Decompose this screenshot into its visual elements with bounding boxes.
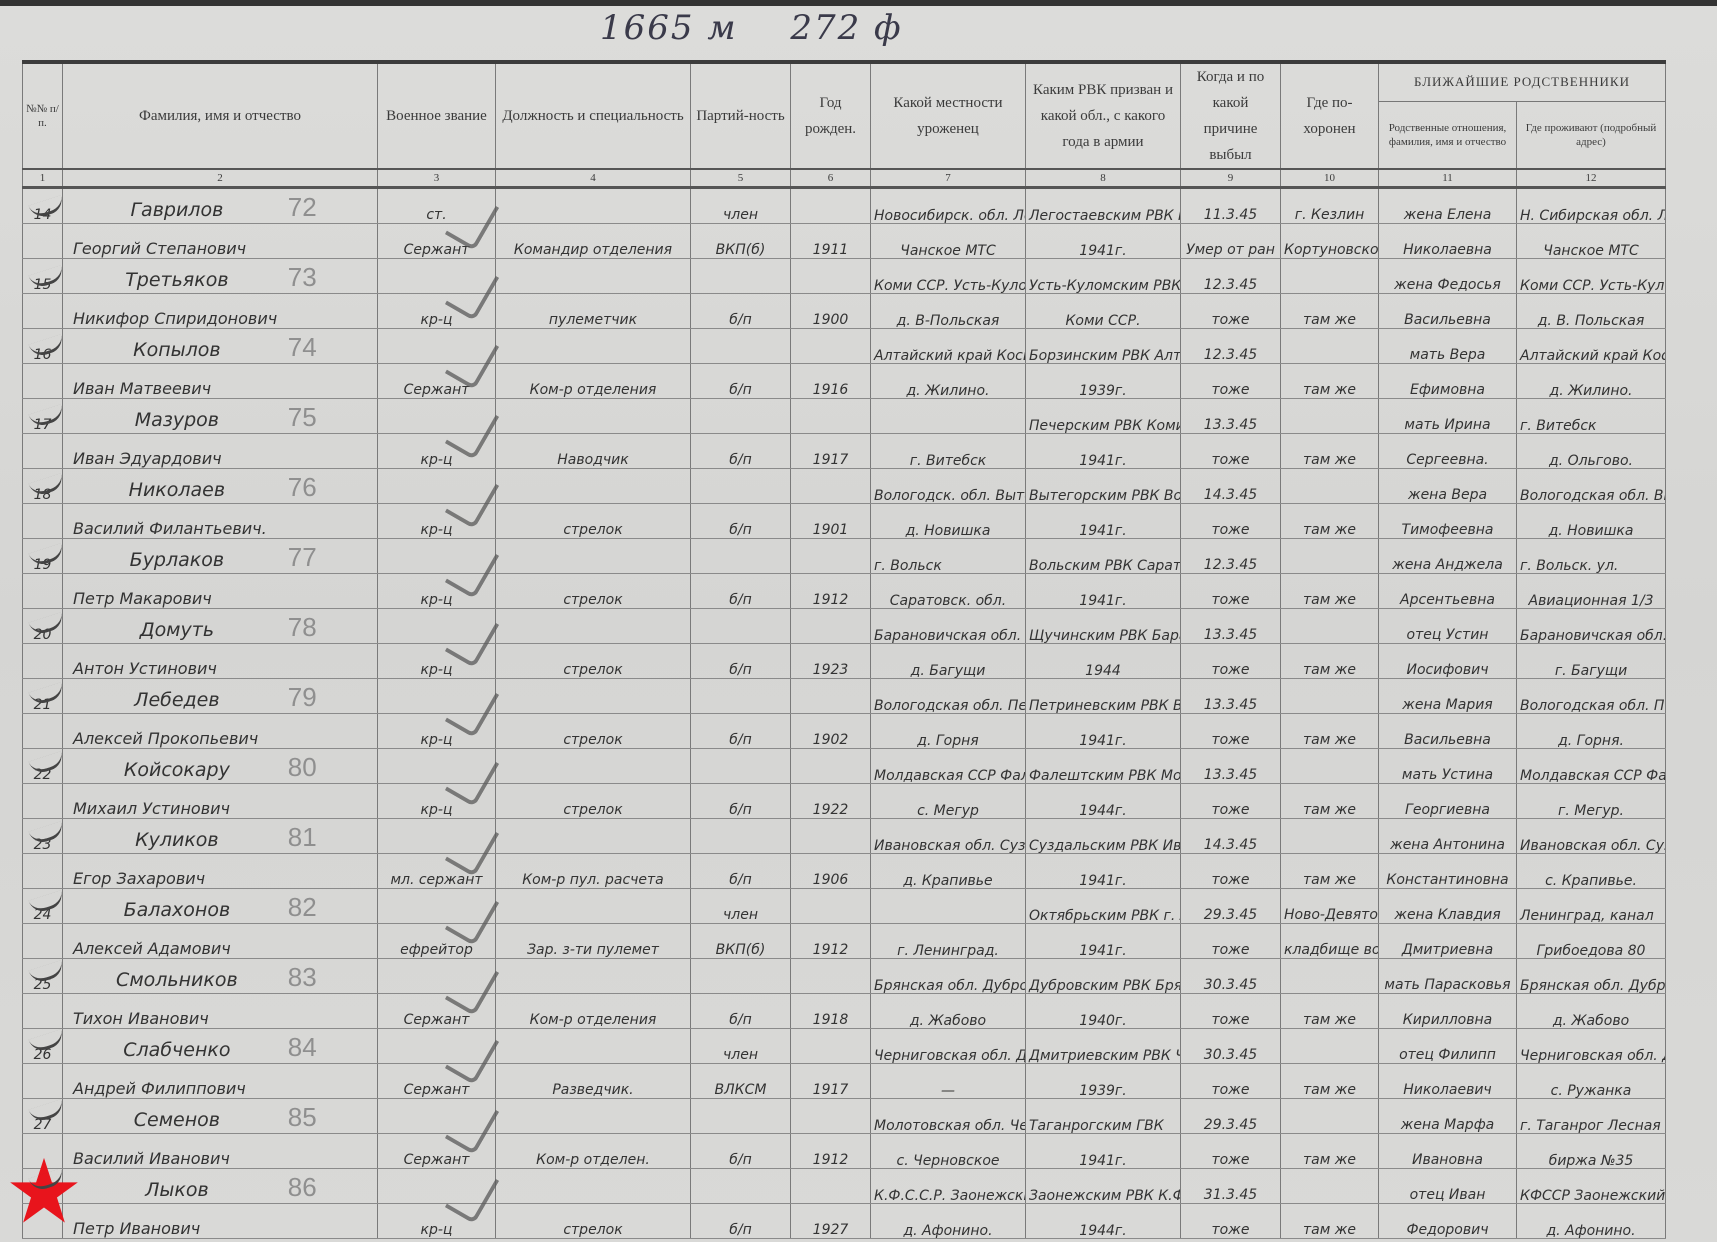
col-header-4: Должность и специальность: [496, 62, 691, 169]
surname-cell: Куликов81: [63, 819, 378, 854]
surname-cell: Бурлаков77: [63, 539, 378, 574]
conscription-year: 1944г.: [1026, 784, 1181, 819]
birth-year-blank: [791, 1099, 871, 1134]
table-row: 16Копылов74Алтайский край Косихинский р-…: [23, 329, 1666, 364]
address-line-2: Авиационная 1/3: [1517, 574, 1666, 609]
given-names: Тихон Иванович: [63, 994, 378, 1029]
origin-line-1: Алтайский край Косихинский р-н: [871, 329, 1026, 364]
dropout-reason: тоже: [1181, 294, 1281, 329]
party-line-1: член: [691, 188, 791, 224]
party-line-1: [691, 539, 791, 574]
origin-line-1: Вологодская обл. Петриневский р-н: [871, 679, 1026, 714]
col-header-1: №№ п/п.: [23, 62, 63, 169]
col-number-10: 10: [1281, 169, 1379, 188]
burial-line-1: [1281, 259, 1379, 294]
address-line-1: Коми ССР. Усть-Куломский р-н: [1517, 259, 1666, 294]
conscription-year: 1941г.: [1026, 854, 1181, 889]
table-row: 22Койсокару80Молдавская ССР Фалештский р…: [23, 749, 1666, 784]
party: ВКП(б): [691, 924, 791, 959]
origin-line-1: г. Вольск: [871, 539, 1026, 574]
relative-line-2: Васильевна: [1379, 294, 1517, 329]
row-blank: [23, 784, 63, 819]
document-sheet: 1665 м 272 ф №№ п/п. Фамилия, имя и отче…: [0, 0, 1717, 1242]
surname-cell: Домуть78: [63, 609, 378, 644]
given-names: Василий Филантьевич.: [63, 504, 378, 539]
surname-cell: Николаев76: [63, 469, 378, 504]
sequence-number: 74: [288, 332, 317, 362]
sequence-number: 73: [288, 262, 317, 292]
party-line-1: [691, 609, 791, 644]
table-row: 20Домуть78Барановичская обл. Щучинский р…: [23, 609, 1666, 644]
address-line-1: Барановичская обл. Щучинский р-н: [1517, 609, 1666, 644]
dropout-reason: тоже: [1181, 1204, 1281, 1239]
sequence-number: 75: [288, 402, 317, 432]
position-blank: [496, 959, 691, 994]
row-blank: [23, 714, 63, 749]
position-blank: [496, 1029, 691, 1064]
col-header-7: Какой местности уроженец: [871, 62, 1026, 169]
address-line-2: д. Новишка: [1517, 504, 1666, 539]
table-row: 19Бурлаков77г. ВольскВольским РВК Сарато…: [23, 539, 1666, 574]
table-row: Василий Филантьевич.кр-цстрелокб/п1901д.…: [23, 504, 1666, 539]
table-row: Георгий СтепановичСержантКомандир отделе…: [23, 224, 1666, 259]
given-names: Петр Иванович: [63, 1204, 378, 1239]
casualty-register-table: №№ п/п. Фамилия, имя и отчество Военное …: [22, 60, 1666, 1239]
address-line-1: Н. Сибирская обл. Легостаевский р-н: [1517, 188, 1666, 224]
party: б/п: [691, 854, 791, 889]
given-names: Андрей Филиппович: [63, 1064, 378, 1099]
origin-line-2: д. Крапивье: [871, 854, 1026, 889]
col-header-3: Военное звание: [378, 62, 496, 169]
dropout-date: 13.3.45: [1181, 609, 1281, 644]
party-line-1: [691, 819, 791, 854]
dropout-reason: тоже: [1181, 1064, 1281, 1099]
burial-place: там же: [1281, 574, 1379, 609]
birth-year: 1917: [791, 434, 871, 469]
row-blank: [23, 924, 63, 959]
relative-line-2: Тимофеевна: [1379, 504, 1517, 539]
dropout-date: 14.3.45: [1181, 819, 1281, 854]
relative-line-2: Дмитриевна: [1379, 924, 1517, 959]
position: Ком-р отделения: [496, 364, 691, 399]
row-blank: [23, 224, 63, 259]
rvk-line-1: Щучинским РВК Барановичск. обл.: [1026, 609, 1181, 644]
birth-year-blank: [791, 469, 871, 504]
table-row: Иван МатвеевичСержантКом-р отделенияб/п1…: [23, 364, 1666, 399]
column-number-row: 123456789101112: [23, 169, 1666, 188]
birth-year: 1923: [791, 644, 871, 679]
table-row: Михаил Устиновичкр-цстрелокб/п1922с. Мег…: [23, 784, 1666, 819]
dropout-date: 29.3.45: [1181, 1099, 1281, 1134]
dropout-reason: тоже: [1181, 1134, 1281, 1169]
origin-line-1: Молдавская ССР Фалештский р-н: [871, 749, 1026, 784]
burial-place: там же: [1281, 364, 1379, 399]
surname-cell: Гаврилов72: [63, 188, 378, 224]
party: б/п: [691, 434, 791, 469]
relative-line-1: отец Филипп: [1379, 1029, 1517, 1064]
rvk-line-1: Суздальским РВК Ивановской обл.: [1026, 819, 1181, 854]
address-line-2: д. Жилино.: [1517, 364, 1666, 399]
origin-line-1: Барановичская обл. Щучинский р-н: [871, 609, 1026, 644]
col-number-9: 9: [1181, 169, 1281, 188]
address-line-2: д. Горня.: [1517, 714, 1666, 749]
col-number-3: 3: [378, 169, 496, 188]
col-number-4: 4: [496, 169, 691, 188]
relative-line-2: Николаевич: [1379, 1064, 1517, 1099]
position-blank: [496, 469, 691, 504]
surname: Николаев: [66, 479, 288, 501]
birth-year-blank: [791, 259, 871, 294]
origin-line-2: Саратовск. обл.: [871, 574, 1026, 609]
burial-line-1: [1281, 959, 1379, 994]
birth-year-blank: [791, 609, 871, 644]
position: пулеметчик: [496, 294, 691, 329]
rvk-line-1: Вольским РВК Саратовской обл.: [1026, 539, 1181, 574]
relative-line-1: жена Анджела: [1379, 539, 1517, 574]
surname: Бурлаков: [66, 549, 288, 571]
party-line-1: [691, 469, 791, 504]
burial-place: там же: [1281, 1064, 1379, 1099]
col-header-8: Каким РВК призван и какой обл., с какого…: [1026, 62, 1181, 169]
dropout-reason: тоже: [1181, 854, 1281, 889]
conscription-year: 1941г.: [1026, 714, 1181, 749]
party-line-1: [691, 1169, 791, 1204]
given-names: Иван Эдуардович: [63, 434, 378, 469]
relative-line-2: Георгиевна: [1379, 784, 1517, 819]
address-line-2: г. Багущи: [1517, 644, 1666, 679]
rvk-line-1: Борзинским РВК Алтайского края: [1026, 329, 1181, 364]
conscription-year: 1944г.: [1026, 1204, 1181, 1239]
address-line-1: Вологодская обл. Петриневский р-н: [1517, 679, 1666, 714]
position: Ком-р отделен.: [496, 1134, 691, 1169]
birth-year-blank: [791, 1169, 871, 1204]
dropout-reason: тоже: [1181, 924, 1281, 959]
relative-line-1: отец Иван: [1379, 1169, 1517, 1204]
row-blank: [23, 1064, 63, 1099]
party-line-1: член: [691, 889, 791, 924]
relative-line-2: Федорович: [1379, 1204, 1517, 1239]
table-row: Егор Захаровичмл. сержантКом-р пул. расч…: [23, 854, 1666, 889]
sequence-number: 78: [288, 612, 317, 642]
address-line-2: д. Жабово: [1517, 994, 1666, 1029]
party-line-1: [691, 679, 791, 714]
address-line-1: г. Вольск. ул.: [1517, 539, 1666, 574]
rvk-line-1: Дмитриевским РВК Черниговской обл.: [1026, 1029, 1181, 1064]
relative-line-1: жена Клавдия: [1379, 889, 1517, 924]
relative-line-1: мать Ирина: [1379, 399, 1517, 434]
origin-line-2: д. Афонино.: [871, 1204, 1026, 1239]
sequence-number: 76: [288, 472, 317, 502]
surname-cell: Балахонов82: [63, 889, 378, 924]
birth-year: 1901: [791, 504, 871, 539]
origin-line-2: г. Ленинград.: [871, 924, 1026, 959]
relative-line-1: мать Устина: [1379, 749, 1517, 784]
origin-line-2: д. Жилино.: [871, 364, 1026, 399]
address-line-1: Брянская обл. Дубровский р-н: [1517, 959, 1666, 994]
surname: Домуть: [66, 619, 288, 641]
given-names: Егор Захарович: [63, 854, 378, 889]
conscription-year: 1941г.: [1026, 574, 1181, 609]
given-names: Георгий Степанович: [63, 224, 378, 259]
address-line-2: Чанское МТС: [1517, 224, 1666, 259]
burial-line-1: [1281, 1029, 1379, 1064]
conscription-year: 1944: [1026, 644, 1181, 679]
address-line-2: д. В. Польская: [1517, 294, 1666, 329]
burial-line-1: [1281, 749, 1379, 784]
address-line-2: с. Ружанка: [1517, 1064, 1666, 1099]
birth-year: 1916: [791, 364, 871, 399]
party: б/п: [691, 714, 791, 749]
table-row: Иван Эдуардовичкр-цНаводчикб/п1917г. Вит…: [23, 434, 1666, 469]
dropout-reason: тоже: [1181, 364, 1281, 399]
position: стрелок: [496, 644, 691, 679]
birth-year-blank: [791, 749, 871, 784]
party-line-1: [691, 1099, 791, 1134]
rvk-line-1: Усть-Куломским РВК: [1026, 259, 1181, 294]
table-row: 26Слабченко84членЧерниговская обл. Дмитр…: [23, 1029, 1666, 1064]
position-blank: [496, 188, 691, 224]
birth-year: 1912: [791, 1134, 871, 1169]
origin-line-2: с. Черновское: [871, 1134, 1026, 1169]
burial-place: там же: [1281, 714, 1379, 749]
origin-line-1: Вологодск. обл. Вытегорский р-н: [871, 469, 1026, 504]
conscription-year: 1940г.: [1026, 994, 1181, 1029]
table-row: Петр Ивановичкр-цстрелокб/п1927д. Афонин…: [23, 1204, 1666, 1239]
relative-line-1: жена Антонина: [1379, 819, 1517, 854]
conscription-year: 1941г.: [1026, 224, 1181, 259]
surname: Третьяков: [66, 269, 288, 291]
table-row: 18Николаев76Вологодск. обл. Вытегорский …: [23, 469, 1666, 504]
birth-year-blank: [791, 889, 871, 924]
col-number-7: 7: [871, 169, 1026, 188]
row-blank: [23, 364, 63, 399]
party: б/п: [691, 784, 791, 819]
origin-line-2: с. Мегур: [871, 784, 1026, 819]
address-line-2: г. Мегур.: [1517, 784, 1666, 819]
annotation-left: 1665 м: [600, 8, 738, 48]
origin-line-1: Ивановская обл. Суздальский р-н: [871, 819, 1026, 854]
surname-cell: Лыков86: [63, 1169, 378, 1204]
origin-line-1: Брянская обл. Дубровский р-н: [871, 959, 1026, 994]
relative-line-1: отец Устин: [1379, 609, 1517, 644]
origin-line-1: Молотовская обл. Черновский р-н.: [871, 1099, 1026, 1134]
dropout-reason: тоже: [1181, 644, 1281, 679]
col-number-5: 5: [691, 169, 791, 188]
dropout-date: 30.3.45: [1181, 959, 1281, 994]
position-blank: [496, 749, 691, 784]
surname-cell: Копылов74: [63, 329, 378, 364]
position: Ком-р пул. расчета: [496, 854, 691, 889]
given-names: Василий Иванович: [63, 1134, 378, 1169]
relative-line-2: Арсентьевна: [1379, 574, 1517, 609]
table-row: 28Лыков86К.Ф.С.С.Р. Заонежский р-н.Заоне…: [23, 1169, 1666, 1204]
surname: Койсокару: [66, 759, 288, 781]
birth-year: 1917: [791, 1064, 871, 1099]
party: ВКП(б): [691, 224, 791, 259]
burial-place: там же: [1281, 434, 1379, 469]
burial-line-1: [1281, 399, 1379, 434]
burial-place: там же: [1281, 1204, 1379, 1239]
position: Наводчик: [496, 434, 691, 469]
relative-line-1: жена Мария: [1379, 679, 1517, 714]
surname: Балахонов: [66, 899, 288, 921]
burial-line-1: Ново-Девятово пр. Колпецкое: [1281, 889, 1379, 924]
position-blank: [496, 609, 691, 644]
relative-line-1: жена Федосья: [1379, 259, 1517, 294]
col-number-1: 1: [23, 169, 63, 188]
header-row: №№ п/п. Фамилия, имя и отчество Военное …: [23, 62, 1666, 101]
conscription-year: 1939г.: [1026, 364, 1181, 399]
party-line-1: член: [691, 1029, 791, 1064]
address-line-2: д. Афонино.: [1517, 1204, 1666, 1239]
table-row: Петр Макаровичкр-цстрелокб/п1912Саратовс…: [23, 574, 1666, 609]
sequence-number: 83: [288, 962, 317, 992]
dropout-date: 29.3.45: [1181, 889, 1281, 924]
given-names: Никифор Спиридонович: [63, 294, 378, 329]
dropout-date: 12.3.45: [1181, 329, 1281, 364]
given-names: Петр Макарович: [63, 574, 378, 609]
scan-edge: [0, 0, 1717, 6]
position: стрелок: [496, 784, 691, 819]
burial-place: кладбище военное: [1281, 924, 1379, 959]
col-number-6: 6: [791, 169, 871, 188]
surname: Куликов: [66, 829, 288, 851]
party: б/п: [691, 364, 791, 399]
sequence-number: 85: [288, 1102, 317, 1132]
sequence-number: 86: [288, 1172, 317, 1202]
relative-line-2: Ивановна: [1379, 1134, 1517, 1169]
birth-year: 1918: [791, 994, 871, 1029]
surname-cell: Мазуров75: [63, 399, 378, 434]
red-star-icon: [8, 1155, 80, 1227]
relative-line-1: мать Вера: [1379, 329, 1517, 364]
sequence-number: 82: [288, 892, 317, 922]
party-line-1: [691, 749, 791, 784]
birth-year: 1906: [791, 854, 871, 889]
rvk-line-1: Легостаевским РВК Новосибирской обл.: [1026, 188, 1181, 224]
dropout-reason: Умер от ран: [1181, 224, 1281, 259]
position-blank: [496, 1169, 691, 1204]
sequence-number: 77: [288, 542, 317, 572]
birth-year-blank: [791, 679, 871, 714]
party-line-1: [691, 329, 791, 364]
origin-line-2: Чанское МТС: [871, 224, 1026, 259]
row-blank: [23, 294, 63, 329]
dropout-date: 13.3.45: [1181, 679, 1281, 714]
address-line-1: г. Витебск: [1517, 399, 1666, 434]
origin-line-2: д. Жабово: [871, 994, 1026, 1029]
sequence-number: 72: [288, 192, 317, 222]
birth-year-blank: [791, 1029, 871, 1064]
burial-line-1: [1281, 679, 1379, 714]
burial-place: там же: [1281, 504, 1379, 539]
relative-line-1: жена Елена: [1379, 188, 1517, 224]
address-line-1: Черниговская обл. Дмитриевский р-н: [1517, 1029, 1666, 1064]
dropout-reason: тоже: [1181, 784, 1281, 819]
origin-line-2: д. Горня: [871, 714, 1026, 749]
address-line-2: д. Ольгово.: [1517, 434, 1666, 469]
position: стрелок: [496, 504, 691, 539]
birth-year: 1911: [791, 224, 871, 259]
birth-year-blank: [791, 539, 871, 574]
address-line-1: Молдавская ССР Фалештский р-н: [1517, 749, 1666, 784]
rvk-line-1: Октябрьским РВК г. Ленинграда: [1026, 889, 1181, 924]
row-blank: [23, 854, 63, 889]
surname: Копылов: [66, 339, 288, 361]
party: б/п: [691, 294, 791, 329]
birth-year-blank: [791, 329, 871, 364]
origin-line-1: Коми ССР. Усть-Куломский р-н: [871, 259, 1026, 294]
surname-cell: Слабченко84: [63, 1029, 378, 1064]
party-line-1: [691, 259, 791, 294]
col-header-10: Где по-хоронен: [1281, 62, 1379, 169]
conscription-year: Коми ССР.: [1026, 294, 1181, 329]
dropout-date: 30.3.45: [1181, 1029, 1281, 1064]
position-blank: [496, 259, 691, 294]
address-line-1: Ивановская обл. Суздальский р-н: [1517, 819, 1666, 854]
position-blank: [496, 539, 691, 574]
surname-cell: Третьяков73: [63, 259, 378, 294]
row-blank: [23, 434, 63, 469]
burial-place: там же: [1281, 294, 1379, 329]
position-blank: [496, 679, 691, 714]
rvk-line-1: Фалештским РВК Молдавской ССР: [1026, 749, 1181, 784]
dropout-date: 31.3.45: [1181, 1169, 1281, 1204]
surname: Семенов: [66, 1109, 288, 1131]
burial-place: там же: [1281, 784, 1379, 819]
party: б/п: [691, 644, 791, 679]
birth-year: 1900: [791, 294, 871, 329]
rvk-line-1: Вытегорским РВК Вологодской обл.: [1026, 469, 1181, 504]
position-blank: [496, 889, 691, 924]
origin-line-2: г. Витебск: [871, 434, 1026, 469]
conscription-year: 1941г.: [1026, 924, 1181, 959]
surname-cell: Семенов85: [63, 1099, 378, 1134]
relatives-group-header: БЛИЖАЙШИЕ РОДСТВЕННИКИ: [1379, 62, 1666, 101]
burial-line-1: [1281, 1099, 1379, 1134]
col-header-2: Фамилия, имя и отчество: [63, 62, 378, 169]
address-line-1: Вологодская обл. Вытегорский р-н: [1517, 469, 1666, 504]
origin-line-1: [871, 399, 1026, 434]
relative-line-1: жена Вера: [1379, 469, 1517, 504]
address-line-1: КФССР Заонежский р-н: [1517, 1169, 1666, 1204]
birth-year: 1927: [791, 1204, 871, 1239]
row-blank: [23, 644, 63, 679]
dropout-reason: тоже: [1181, 714, 1281, 749]
conscription-year: 1941г.: [1026, 504, 1181, 539]
burial-place: там же: [1281, 854, 1379, 889]
origin-line-1: [871, 889, 1026, 924]
birth-year: 1912: [791, 574, 871, 609]
given-names: Алексей Адамович: [63, 924, 378, 959]
birth-year: 1912: [791, 924, 871, 959]
rvk-line-1: Печерским РВК Коми ССР: [1026, 399, 1181, 434]
origin-line-2: д. Новишка: [871, 504, 1026, 539]
party: б/п: [691, 574, 791, 609]
position-blank: [496, 1099, 691, 1134]
table-row: Василий ИвановичСержантКом-р отделен.б/п…: [23, 1134, 1666, 1169]
birth-year: 1902: [791, 714, 871, 749]
relative-line-2: Кирилловна: [1379, 994, 1517, 1029]
burial-place: там же: [1281, 994, 1379, 1029]
rvk-line-1: Таганрогским ГВК: [1026, 1099, 1181, 1134]
row-blank: [23, 994, 63, 1029]
position: Зар. з-ти пулемет: [496, 924, 691, 959]
address-line-1: Ленинград, канал: [1517, 889, 1666, 924]
table-row: 17Мазуров75Печерским РВК Коми ССР13.3.45…: [23, 399, 1666, 434]
relative-line-2: Сергеевна.: [1379, 434, 1517, 469]
birth-year-blank: [791, 819, 871, 854]
